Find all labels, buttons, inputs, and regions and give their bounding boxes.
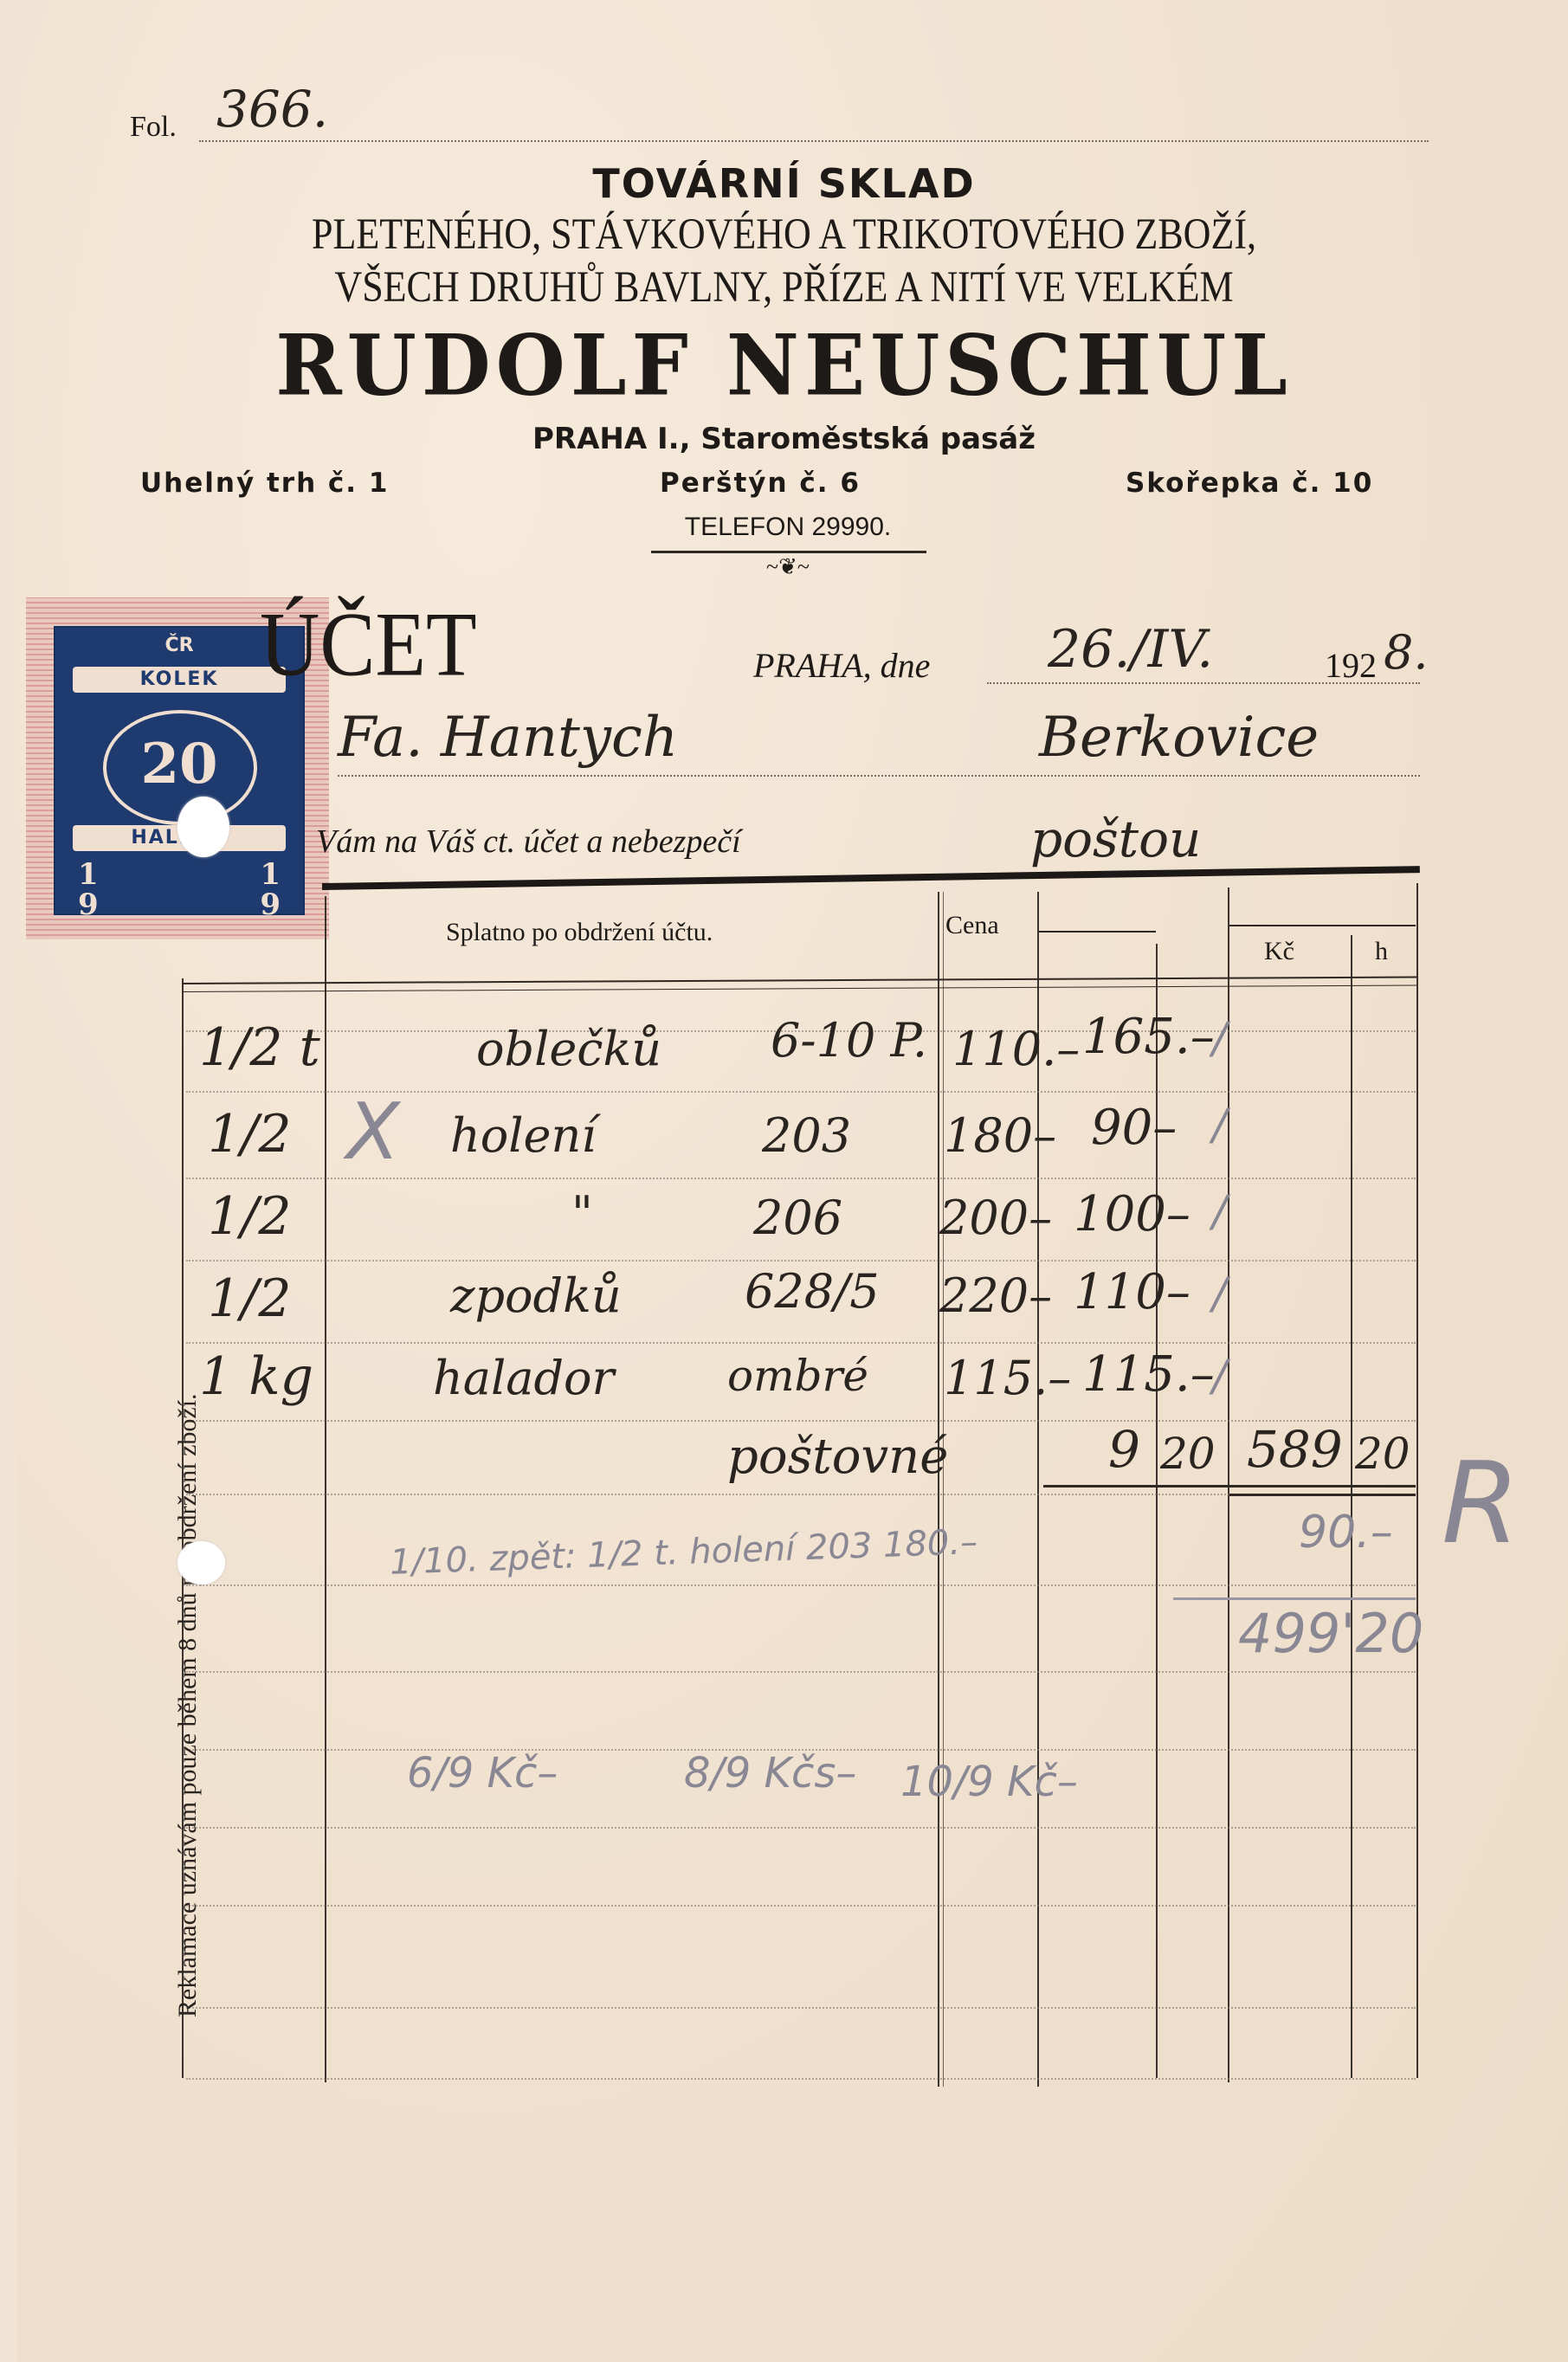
row-price: 110.– xyxy=(952,1022,1080,1076)
row-rule xyxy=(186,2007,1416,2009)
row-amount: 110– xyxy=(1074,1264,1191,1320)
check-mark: / xyxy=(1212,1351,1227,1401)
table-right-border xyxy=(1416,883,1418,2078)
row-rule xyxy=(186,1420,1416,1422)
branch-uhelny-trh: Uhelný trh č. 1 xyxy=(140,468,389,499)
row-qty: 1/2 xyxy=(208,1186,292,1247)
check-mark: / xyxy=(1212,1186,1227,1236)
postage-kc: 9 xyxy=(1108,1420,1140,1479)
row-price: 200– xyxy=(939,1191,1052,1245)
row-amount: 100– xyxy=(1074,1186,1191,1242)
installment-2: 8/9 Kčs– xyxy=(684,1749,856,1797)
total-kc: 589 xyxy=(1247,1420,1343,1479)
installment-3: 10/9 Kč– xyxy=(900,1758,1078,1806)
letterhead-line3: VŠECH DRUHŮ BAVLNY, PŘÍZE A NITÍ VE VELK… xyxy=(0,261,1568,313)
net-total-rule xyxy=(1173,1597,1416,1600)
row-price: 220– xyxy=(939,1268,1052,1323)
check-mark: / xyxy=(1212,1100,1227,1150)
table-desc-divider-double xyxy=(943,892,944,2087)
row-price: 115.– xyxy=(944,1351,1071,1405)
stamp-year-right-1: 1 xyxy=(260,857,281,892)
folio-label: Fol. xyxy=(130,111,177,144)
folio-dotted-line xyxy=(199,140,1429,142)
header-currency: Kč xyxy=(1264,937,1294,966)
row-code: 203 xyxy=(762,1108,851,1163)
row-rule xyxy=(186,1905,1416,1907)
row-item: zpodků xyxy=(450,1268,622,1323)
place-label: PRAHA, dne xyxy=(753,645,930,686)
year-prefix: 192 xyxy=(1325,645,1377,686)
total-double-underline xyxy=(1229,1494,1416,1496)
stamp-kolek-band: KOLEK xyxy=(73,667,286,693)
row-rule xyxy=(186,1584,1416,1586)
company-name: RUDOLF NEUSCHUL xyxy=(0,316,1568,414)
row-qty: 1 kg xyxy=(199,1346,313,1407)
row-rule xyxy=(186,1178,1416,1179)
folio-number: 366. xyxy=(216,80,328,139)
row-code: 6-10 P. xyxy=(771,1013,927,1068)
total-h: 20 xyxy=(1355,1429,1410,1479)
row-rule xyxy=(186,1671,1416,1673)
row-item: halador xyxy=(433,1351,614,1405)
row-qty: 1/2 t xyxy=(199,1017,320,1078)
invoice-title: ÚČET xyxy=(260,590,477,696)
punch-hole-margin xyxy=(177,1541,225,1584)
stamp-year-left-1: 1 xyxy=(78,857,99,892)
row-rule xyxy=(186,1342,1416,1344)
row-item: oblečků xyxy=(476,1022,661,1076)
ornament-icon: ~❦~ xyxy=(740,554,836,580)
row-qty: 1/2 xyxy=(208,1268,292,1329)
installment-1: 6/9 Kč– xyxy=(407,1749,558,1797)
pencil-x-mark: X xyxy=(346,1087,400,1178)
phone-underline xyxy=(651,551,926,553)
complaints-note: Reklamace uznávám pouze během 8 dnů po o… xyxy=(173,1393,203,2017)
row-code: ombré xyxy=(727,1351,868,1401)
row-rule xyxy=(186,2078,1416,2080)
row-amount: 115.– xyxy=(1082,1346,1215,1403)
check-mark: / xyxy=(1212,1013,1227,1063)
shipping-method: poštou xyxy=(1030,810,1201,868)
punch-hole-stamp xyxy=(177,797,229,857)
shipping-terms: Vám na Váš ct. účet a nebezpečí xyxy=(316,823,741,861)
letterhead-line1: TOVÁRNÍ SKLAD xyxy=(0,160,1568,207)
header-subunit: h xyxy=(1375,937,1388,966)
stamp-value: 20 xyxy=(55,732,303,797)
check-mark: / xyxy=(1212,1268,1227,1319)
company-address: PRAHA I., Staroměstská pasáž xyxy=(0,422,1568,456)
postage-h: 20 xyxy=(1160,1429,1216,1479)
credit-amount: 90.– xyxy=(1299,1507,1393,1559)
year-suffix: 8. xyxy=(1384,625,1429,680)
row-item: holení xyxy=(450,1108,597,1163)
row-item: " xyxy=(571,1186,593,1241)
recipient-name: Fa. Hantych xyxy=(338,706,678,770)
invoice-date: 26./IV. xyxy=(1048,619,1213,680)
letterhead-line2: PLETENÉHO, STÁVKOVÉHO A TRIKOTOVÉHO ZBOŽ… xyxy=(0,209,1568,260)
row-qty: 1/2 xyxy=(208,1104,292,1165)
recipient-dotted-line xyxy=(338,775,1420,777)
recipient-town: Berkovice xyxy=(1039,706,1319,770)
row-code: 206 xyxy=(753,1191,842,1245)
row-rule xyxy=(186,1260,1416,1262)
row-amount: 90– xyxy=(1091,1100,1177,1156)
row-price: 180– xyxy=(944,1108,1056,1163)
row-rule xyxy=(186,1827,1416,1829)
table-desc-divider xyxy=(938,892,939,2087)
row-amount: 165.– xyxy=(1082,1009,1215,1065)
header-subrule-2 xyxy=(1229,925,1416,926)
header-terms: Splatno po obdržení účtu. xyxy=(446,918,713,947)
branch-skorepka: Skořepka č. 10 xyxy=(1126,468,1373,499)
stamp-year-left-2: 9 xyxy=(78,887,99,922)
branch-perstyn: Perštýn č. 6 xyxy=(660,468,861,499)
header-subrule-1 xyxy=(1039,931,1156,933)
phone-number: TELEFON 29990. xyxy=(654,513,922,542)
paid-mark: R xyxy=(1442,1437,1520,1569)
header-price: Cena xyxy=(945,911,999,940)
row-code: 628/5 xyxy=(745,1264,880,1319)
net-total: 499'20 xyxy=(1238,1602,1423,1665)
total-underline xyxy=(1043,1485,1416,1488)
postage-label: poštovné xyxy=(727,1429,948,1485)
stamp-year-right-2: 9 xyxy=(260,887,281,922)
